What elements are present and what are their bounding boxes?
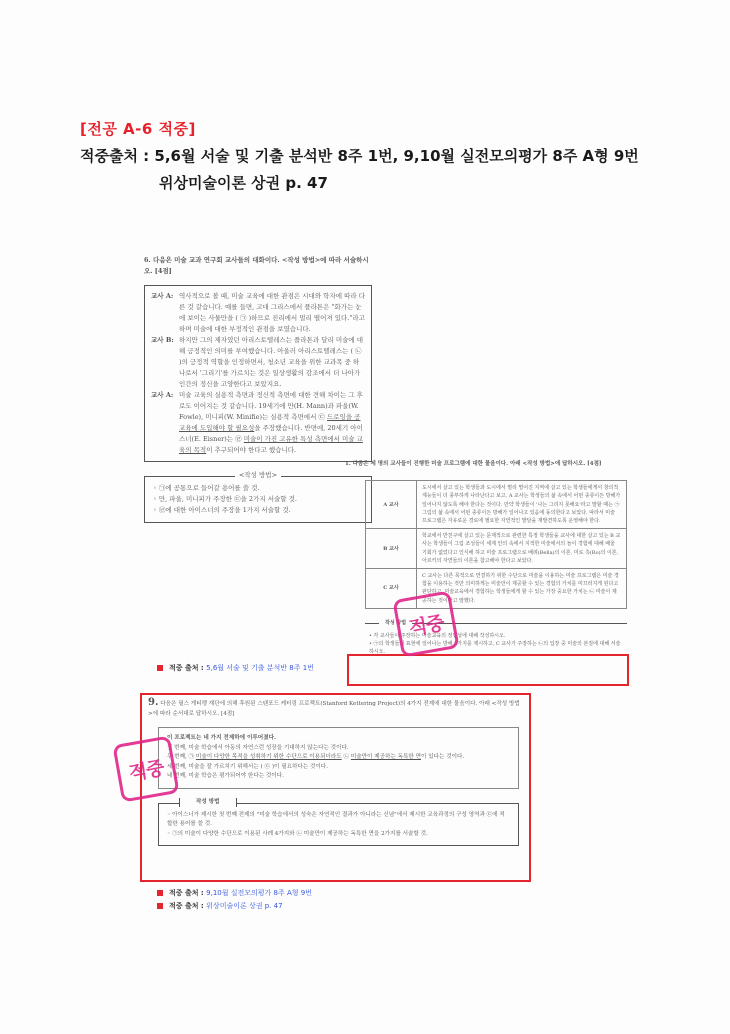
question-9-title: 다음은 필스 게티랭 재단에 의해 후원된 스탠포드 케터링 프로젝트(Stan… <box>148 701 520 717</box>
writing-guide-box: <작성 방법> ◦ ㉠에 공통으로 들어갈 용어를 쓸 것. ◦ 만, 파울, … <box>144 476 372 523</box>
source-notes-bottom: 적중 출처 : 9,10월 실전모의평가 8주 A형 9번 적중 출처 : 위상… <box>157 887 312 913</box>
premise-item: 네 번째, 미술 학습은 평가되어야 한다는 것이다. <box>167 772 510 782</box>
hit-stamp: 적중 <box>112 735 179 802</box>
exam-tag: [전공 A-6 적중] <box>80 118 639 139</box>
premise-box: 이 프로젝트는 네 가지 전제하에 이루어졌다. 첫 번째, 미술 학습에서 아… <box>158 727 519 789</box>
source-note: 적중 출처 : 위상미술이론 상권 p. 47 <box>157 900 312 913</box>
question-1-scan: 1. 다음은 세 명의 교사들이 진행한 미술 프로그램에 대한 물음이다. 아… <box>345 460 635 662</box>
highlight-box <box>347 654 629 686</box>
premise-item: 첫 번째, 미술 학습에서 아동의 자연스런 성장을 기대하지 않는다는 것이다… <box>167 744 510 754</box>
teacher-table: A 교사 도시에서 살고 있는 학생들과 도시에서 멀리 떨어진 지역에 살고 … <box>365 480 627 609</box>
source-line-2: 위상미술이론 상권 p. 47 <box>80 172 639 193</box>
square-bullet-icon <box>157 665 163 671</box>
writing-guide: 작성 방법 ◦ 아이스너가 제시한 첫 번째 전제의 "미술 학습에서의 성숙은… <box>158 803 519 847</box>
premise-item: 두 번째, ㉠ 미술이 다양한 목적을 성취하기 위한 수단으로 이용되더라도 … <box>167 753 510 763</box>
dialogue-row: 교사 B: 하지만 그의 제자였던 아리스토텔레스는 플라톤과 달리 미술에 대… <box>151 335 365 390</box>
dialogue-row: 교사 A: 역사적으로 볼 때, 미술 교육에 대한 관점은 시대와 학자에 따… <box>151 291 365 335</box>
dialogue-row: 교사 A: 미술 교육의 실용적 측면과 정신적 측면에 대한 견해 차이는 그… <box>151 390 365 456</box>
source-note: 적중 출처 : 9,10월 실전모의평가 8주 A형 9번 <box>157 887 312 900</box>
question-1-title: 1. 다음은 세 명의 교사들이 진행한 미술 프로그램에 대한 물음이다. 아… <box>345 460 635 468</box>
question-6-title: 6. 다음은 미술 교과 연구회 교사들의 대화이다. <작성 방법>에 따라 … <box>144 255 372 277</box>
square-bullet-icon <box>157 903 163 909</box>
question-9-scan: 9. 다음은 필스 게티랭 재단에 의해 후원된 스탠포드 케터링 프로젝트(S… <box>142 695 529 849</box>
square-bullet-icon <box>157 890 163 896</box>
question-9-highlight: 9. 다음은 필스 게티랭 재단에 의해 후원된 스탠포드 케터링 프로젝트(S… <box>140 693 531 882</box>
table-row: A 교사 도시에서 살고 있는 학생들과 도시에서 멀리 떨어진 지역에 살고 … <box>366 481 627 529</box>
hit-stamp: 적중 <box>392 590 459 657</box>
source-note-mid: 적중 출처 : 5,6월 서술 및 기출 분석반 8주 1번 <box>157 663 314 673</box>
source-line-1: 적중출처 : 5,6월 서술 및 기출 분석반 8주 1번, 9,10월 실전모… <box>80 145 639 166</box>
page-header: [전공 A-6 적중] 적중출처 : 5,6월 서술 및 기출 분석반 8주 1… <box>80 118 639 193</box>
question-6-scan: 6. 다음은 미술 교과 연구회 교사들의 대화이다. <작성 방법>에 따라 … <box>144 255 372 523</box>
dialogue-box: 교사 A: 역사적으로 볼 때, 미술 교육에 대한 관점은 시대와 학자에 따… <box>144 285 372 462</box>
premise-item: 세 번째, 미술을 잘 가르치기 위해서는 ( ㉢ )이 필요하다는 것이다. <box>167 763 510 773</box>
table-row: B 교사 학교에서 반친구에 살고 있는 문제적으로 관련한 특정 학생들을 교… <box>366 529 627 569</box>
